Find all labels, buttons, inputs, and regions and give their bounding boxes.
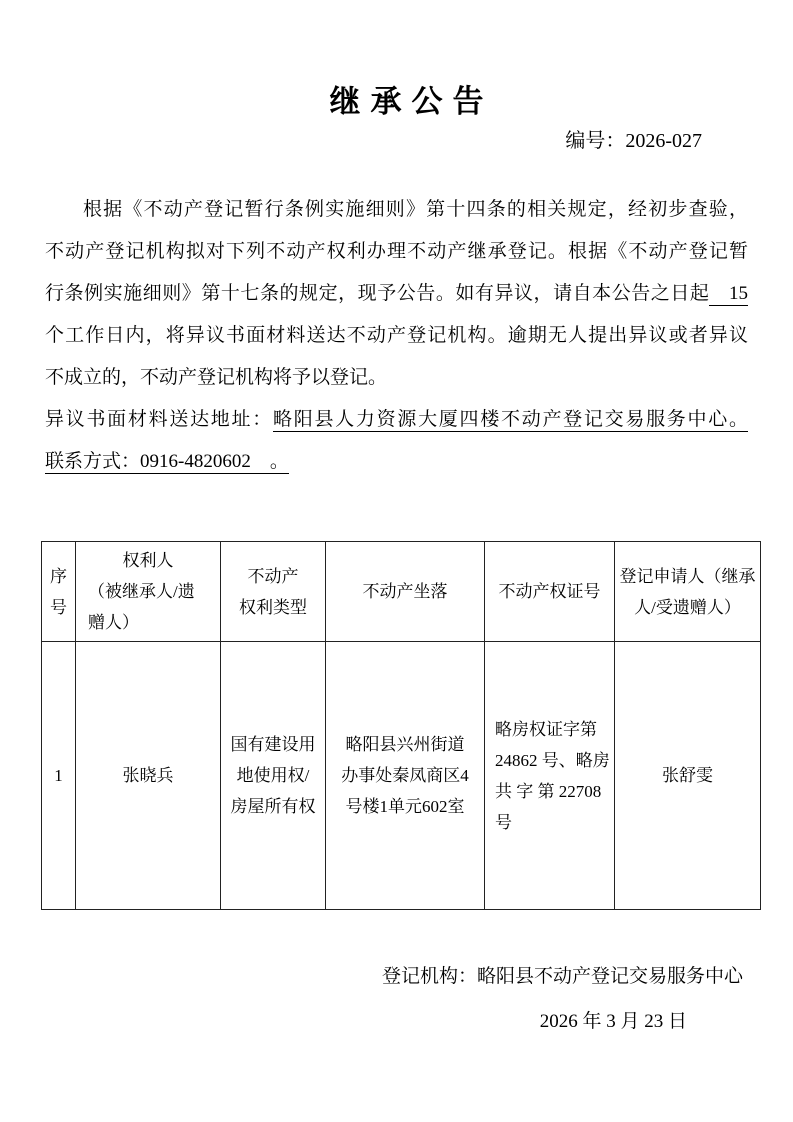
announcement-table: 序号 权利人（被继承人/遗赠人） 不动产权利类型 不动产坐落 不动产权证号 登记… <box>41 541 761 910</box>
paragraph-line-5: 不成立的，不动产登记机构将予以登记。 <box>45 357 748 399</box>
registry-organization: 登记机构：略阳县不动产登记交易服务中心 <box>382 961 743 988</box>
paragraph-line-4: 个工作日内，将异议书面材料送达不动产登记机构。逾期无人提出异议或者异议 <box>45 315 748 357</box>
table-header-row: 序号 权利人（被继承人/遗赠人） 不动产权利类型 不动产坐落 不动产权证号 登记… <box>42 542 761 642</box>
paragraph-line-3: 行条例实施细则》第十七条的规定，现予公告。如有异议，请自本公告之日起 15 <box>45 273 748 315</box>
page-title: 继承公告 <box>0 76 793 121</box>
header-cell-rights-holder: 权利人（被继承人/遗赠人） <box>76 542 221 642</box>
announcement-page: 继承公告 编号：2026-027 根据《不动产登记暂行条例实施细则》第十四条的相… <box>0 0 793 1122</box>
header-cell-index: 序号 <box>42 542 76 642</box>
announcement-date: 2026 年 3 月 23 日 <box>540 1006 687 1033</box>
header-cell-location: 不动产坐落 <box>326 542 485 642</box>
address-label: 异议书面材料送达地址： <box>45 409 273 430</box>
header-cell-applicant: 登记申请人（继承人/受遗赠人） <box>615 542 761 642</box>
cell-index: 1 <box>42 642 76 910</box>
doc-number: 编号：2026-027 <box>565 124 702 153</box>
header-cell-cert-number: 不动产权证号 <box>485 542 615 642</box>
paragraph-line-1: 根据《不动产登记暂行条例实施细则》第十四条的相关规定，经初步查验， <box>45 189 748 231</box>
table-row: 1 张晓兵 国有建设用地使用权/房屋所有权 略阳县兴州街道办事处秦凤商区4号楼1… <box>42 642 761 910</box>
cell-property-type: 国有建设用地使用权/房屋所有权 <box>221 642 326 910</box>
paragraph-line-3-text: 行条例实施细则》第十七条的规定，现予公告。如有异议，请自本公告之日起 <box>45 283 709 304</box>
address-value-underlined: 略阳县人力资源大厦四楼不动产登记交易服务中心。 <box>273 409 748 432</box>
contact-line: 联系方式：0916-4820602 。 <box>45 441 748 483</box>
address-line: 异议书面材料送达地址：略阳县人力资源大厦四楼不动产登记交易服务中心。 <box>45 399 748 441</box>
cell-cert-number: 略房权证字第24862 号、略房共 字 第 22708号 <box>485 642 615 910</box>
notice-body: 根据《不动产登记暂行条例实施细则》第十四条的相关规定，经初步查验， 不动产登记机… <box>45 189 748 483</box>
cell-rights-holder: 张晓兵 <box>76 642 221 910</box>
objection-days-underlined: 15 <box>709 283 748 306</box>
cell-applicant: 张舒雯 <box>615 642 761 910</box>
paragraph-line-2: 不动产登记机构拟对下列不动产权利办理不动产继承登记。根据《不动产登记暂 <box>45 231 748 273</box>
cell-location: 略阳县兴州街道办事处秦凤商区4号楼1单元602室 <box>326 642 485 910</box>
header-cell-property-type: 不动产权利类型 <box>221 542 326 642</box>
contact-value-underlined: 联系方式：0916-4820602 。 <box>45 451 289 474</box>
